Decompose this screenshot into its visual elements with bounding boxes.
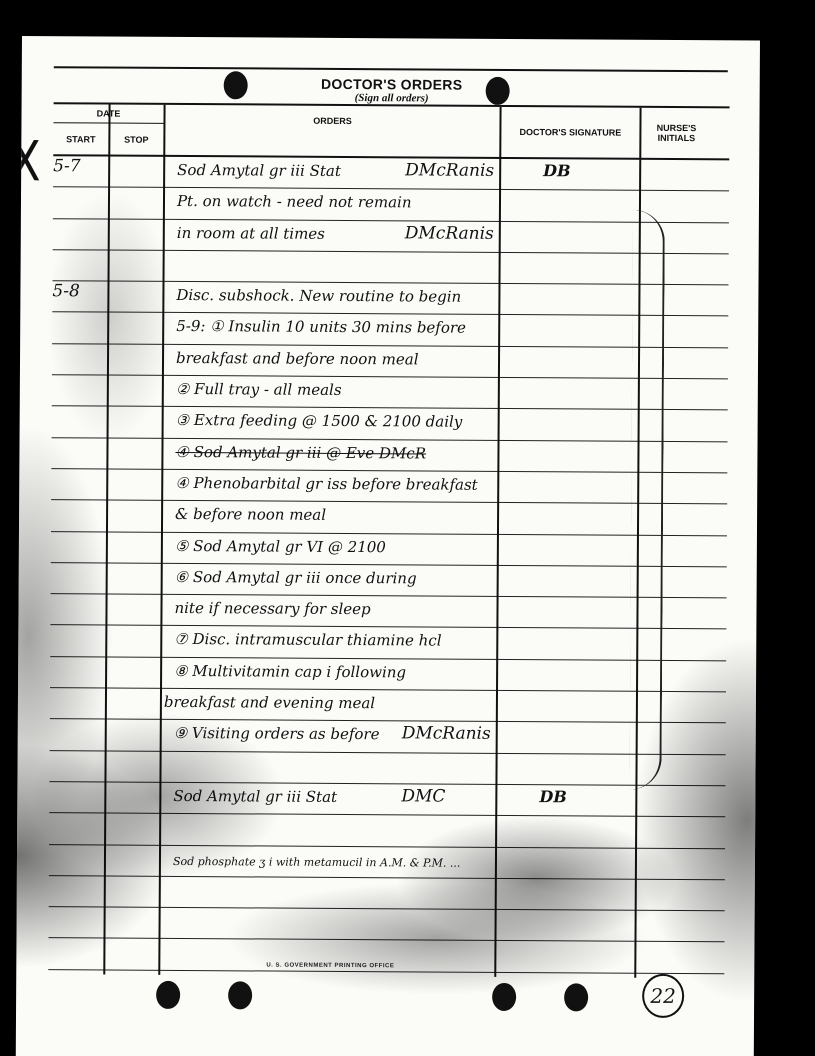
punch-hole-icon — [564, 983, 588, 1011]
order-text: in room at all times — [177, 224, 325, 243]
table-row: & before noon meal — [51, 500, 727, 535]
table-row: ④ Phenobarbital gr iss before breakfast — [51, 469, 727, 504]
order-text: ⑥ Sod Amytal gr iii once during — [175, 568, 417, 587]
order-text: Sod phosphate ʒ i with metamucil in A.M.… — [173, 854, 461, 869]
order-text: breakfast and evening meal — [164, 693, 375, 712]
orders-table: DATE START STOP ORDERS DOCTOR'S SIGNATUR… — [48, 102, 729, 974]
order-text: breakfast and before noon meal — [176, 349, 419, 368]
start-date: 5-7 — [53, 156, 81, 176]
table-row — [49, 876, 725, 911]
table-row: 5-9: ① Insulin 10 units 30 mins before — [52, 313, 728, 348]
form-title-block: DOCTOR'S ORDERS (Sign all orders) — [272, 76, 512, 105]
document-page: DOCTOR'S ORDERS (Sign all orders) DATE S… — [16, 36, 760, 1056]
table-row: ⑨ Visiting orders as beforeDMcRanis — [50, 720, 726, 755]
table-row: ⑦ Disc. intramuscular thiamine hcl — [50, 626, 726, 661]
order-text: ④ Phenobarbital gr iss before breakfast — [175, 474, 478, 494]
doctor-signature: DMcRanis — [402, 724, 491, 745]
order-text: 5-9: ① Insulin 10 units 30 mins before — [176, 317, 466, 337]
table-row — [53, 250, 729, 285]
table-row: Sod phosphate ʒ i with metamucil in A.M.… — [49, 845, 725, 880]
table-row: ⑤ Sod Amytal gr VI @ 2100 — [51, 532, 727, 567]
nurse-initials: DB — [539, 787, 567, 806]
table-row: breakfast and evening meal — [50, 688, 726, 723]
table-row: 5-8Disc. subshock. New routine to begin — [52, 281, 728, 316]
punch-hole-icon — [156, 981, 180, 1009]
table-row — [49, 813, 725, 848]
order-text: ⑦ Disc. intramuscular thiamine hcl — [174, 630, 441, 650]
nurse-bracket-line — [629, 210, 665, 790]
table-body: 5-7Sod Amytal gr iii StatDMcRanisDBPt. o… — [48, 156, 729, 974]
header-doctor-signature: DOCTOR'S SIGNATURE — [501, 107, 639, 158]
table-row: in room at all timesDMcRanis — [53, 219, 729, 254]
table-row: nite if necessary for sleep — [50, 594, 726, 629]
table-row: ④ Sod Amytal gr iii @ Eve DMcR — [51, 438, 727, 473]
top-rule — [54, 66, 728, 72]
printer-imprint: U. S. GOVERNMENT PRINTING OFFICE — [266, 963, 394, 970]
table-row: Sod Amytal gr iii StatDMCDB — [49, 782, 725, 817]
margin-x-mark: X — [16, 129, 41, 194]
punch-hole-icon — [224, 71, 248, 99]
order-text: ③ Extra feeding @ 1500 & 2100 daily — [176, 411, 463, 431]
doctor-signature: DMcRanis — [405, 223, 494, 244]
order-text: Pt. on watch - need not remain — [177, 192, 412, 211]
table-header: DATE START STOP ORDERS DOCTOR'S SIGNATUR… — [53, 104, 729, 160]
order-text: Sod Amytal gr iii Stat — [173, 787, 337, 806]
punch-hole-icon — [492, 983, 516, 1011]
table-row — [48, 907, 724, 942]
table-row: breakfast and before noon meal — [52, 344, 728, 379]
order-text: ④ Sod Amytal gr iii @ Eve DMcR — [175, 443, 426, 463]
page-number: 22 — [642, 974, 684, 1018]
table-row: 5-7Sod Amytal gr iii StatDMcRanisDB — [53, 156, 729, 191]
header-nurse-initials: NURSE'S INITIALS — [641, 108, 711, 158]
order-text: & before noon meal — [175, 505, 326, 524]
order-text: ⑧ Multivitamin cap i following — [174, 662, 406, 681]
table-row: ③ Extra feeding @ 1500 & 2100 daily — [52, 407, 728, 442]
table-row — [49, 751, 725, 786]
table-row: Pt. on watch - need not remain — [53, 187, 729, 222]
header-orders: ORDERS — [165, 105, 499, 137]
doctor-signature: DMC — [401, 786, 445, 806]
table-row: ② Full tray - all meals — [52, 375, 728, 410]
header-stop: STOP — [109, 124, 163, 155]
order-text: ⑤ Sod Amytal gr VI @ 2100 — [175, 537, 386, 556]
order-text: Sod Amytal gr iii Stat — [177, 161, 341, 180]
punch-hole-icon — [228, 981, 252, 1009]
order-text: Disc. subshock. New routine to begin — [176, 286, 461, 306]
nurse-initials: DB — [543, 161, 571, 180]
table-row: ⑧ Multivitamin cap i following — [50, 657, 726, 692]
table-row: ⑥ Sod Amytal gr iii once during — [51, 563, 727, 598]
order-text: ② Full tray - all meals — [176, 380, 342, 399]
start-date: 5-8 — [52, 281, 80, 301]
form-title: DOCTOR'S ORDERS — [272, 76, 512, 93]
header-start: START — [53, 123, 108, 154]
order-text: ⑨ Visiting orders as before — [174, 724, 380, 743]
doctor-signature: DMcRanis — [405, 160, 494, 181]
order-text: nite if necessary for sleep — [174, 599, 370, 618]
